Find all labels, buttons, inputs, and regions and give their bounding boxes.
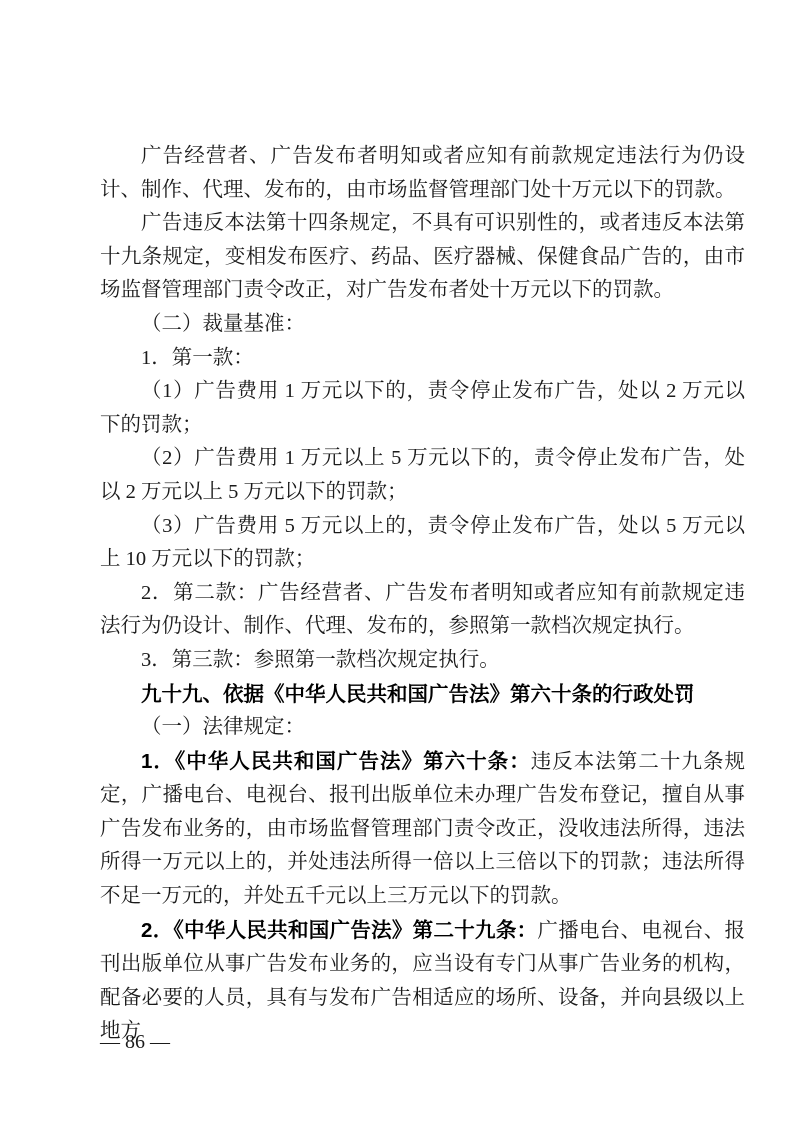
clause-item: （1）广告费用 1 万元以下的，责令停止发布广告，处以 2 万元以下的罚款； [100,375,745,442]
clause-item: 2．第二款：广告经营者、广告发布者明知或者应知有前款规定违法行为仍设计、制作、代… [100,577,745,644]
clause-item: （3）广告费用 5 万元以上的，责令停止发布广告，处以 5 万元以上 10 万元… [100,510,745,577]
subsection-label: （一）法律规定： [100,711,745,745]
clause-item: 3．第三款：参照第一款档次规定执行。 [100,644,745,678]
provision-title: 2．《中华人民共和国广告法》第二十九条： [141,919,537,942]
subsection-label: （二）裁量基准： [100,308,745,342]
provision-title: 1．《中华人民共和国广告法》第六十条： [141,750,531,773]
section-heading: 九十九、依据《中华人民共和国广告法》第六十条的行政处罚 [100,678,745,712]
provision-text: 违反本法第二十九条规定，广播电台、电视台、报刊出版单位未办理广告发布登记，擅自从… [100,751,745,907]
legal-provision-paragraph: 1．《中华人民共和国广告法》第六十条：违反本法第二十九条规定，广播电台、电视台、… [100,745,745,914]
legal-provision-paragraph: 2．《中华人民共和国广告法》第二十九条：广播电台、电视台、报刊出版单位从事广告发… [100,914,745,1049]
clause-label: 1．第一款： [100,342,745,376]
body-paragraph: 广告违反本法第十四条规定，不具有可识别性的，或者违反本法第十九条规定，变相发布医… [100,207,745,308]
body-paragraph: 广告经营者、广告发布者明知或者应知有前款规定违法行为仍设计、制作、代理、发布的，… [100,140,745,207]
document-page: 广告经营者、广告发布者明知或者应知有前款规定违法行为仍设计、制作、代理、发布的，… [0,0,793,1122]
page-number: — 86 — [100,1028,170,1056]
clause-item: （2）广告费用 1 万元以上 5 万元以下的，责令停止发布广告，处以 2 万元以… [100,442,745,509]
document-body: 广告经营者、广告发布者明知或者应知有前款规定违法行为仍设计、制作、代理、发布的，… [100,140,745,1049]
